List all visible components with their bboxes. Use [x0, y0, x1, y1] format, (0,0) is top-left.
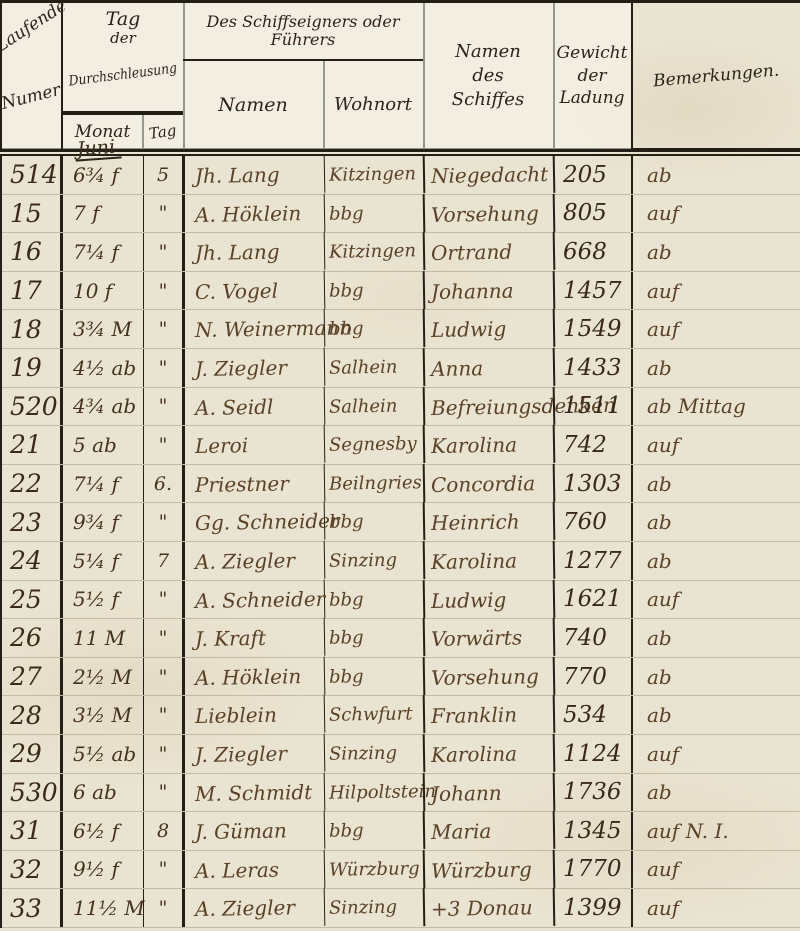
cell-monat-value: 5½ ab — [73, 742, 136, 766]
cell-monat-value: 3½ M — [73, 703, 132, 727]
cell-monat-value: 6 ab — [73, 780, 117, 804]
ledger-row: 514 Juni 6¾ f 5 Jh. Lang Kitzingen Niege… — [2, 156, 800, 195]
cell-gewicht: 534 — [555, 696, 633, 734]
cell-monat: 5 ab — [63, 426, 144, 464]
cell-monat-value: 4¾ ab — [73, 394, 136, 418]
cell-monat-value: 4½ ab — [73, 356, 136, 380]
cell-wohnort: Würzburg — [325, 850, 426, 889]
cell-bemerkung: ab — [633, 696, 800, 734]
cell-laufende-nummer: 15 — [2, 195, 63, 233]
cell-schiffsname: Niegedacht — [425, 155, 556, 195]
cell-laufende-nummer: 19 — [2, 349, 63, 387]
cell-wohnort: bbg — [325, 657, 426, 696]
cell-monat-value: 5 ab — [73, 433, 117, 457]
cell-monat: 11½ M — [63, 889, 144, 927]
cell-monat: 7 f — [63, 195, 144, 233]
cell-laufende-nummer: 17 — [2, 272, 63, 310]
cell-schiffer-name: Jh. Lang — [185, 155, 326, 195]
cell-schiffer-name: Lieblein — [185, 695, 326, 735]
header-schiffsname: Namen des Schiffes — [423, 3, 555, 149]
cell-schiffer-name: J. Ziegler — [185, 348, 326, 388]
cell-schiffsname: Vorsehung — [425, 657, 556, 697]
cell-gewicht: 1277 — [555, 542, 633, 580]
cell-schiffer-name: Gg. Schneider — [185, 502, 326, 542]
cell-monat: 6½ f — [63, 812, 144, 850]
cell-monat: 11 M — [63, 619, 144, 657]
header-schiff-line3: Schiffes — [452, 90, 524, 110]
cell-tag: 5 — [144, 156, 185, 194]
cell-tag: " — [144, 310, 185, 348]
cell-bemerkung: auf N. I. — [633, 812, 800, 850]
cell-wohnort: bbg — [325, 580, 426, 619]
header-gewicht-line1: Gewicht — [557, 44, 628, 63]
cell-gewicht: 1511 — [555, 388, 633, 426]
cell-laufende-nummer: 520 — [2, 388, 63, 426]
cell-wohnort: bbg — [325, 310, 426, 349]
cell-schiffsname: Ludwig — [425, 579, 556, 619]
cell-schiffer-name: J. Kraft — [185, 618, 326, 658]
cell-gewicht: 1457 — [555, 272, 633, 310]
header-der-label: der — [110, 30, 136, 47]
cell-monat: 5½ ab — [63, 735, 144, 773]
cell-bemerkung: ab — [633, 503, 800, 541]
header-namen-label: Namen — [218, 95, 287, 116]
cell-schiffer-name: Jh. Lang — [185, 232, 326, 272]
cell-schiffer-name: A. Höklein — [185, 656, 326, 696]
cell-wohnort: Kitzingen — [325, 155, 426, 194]
cell-bemerkung: auf — [633, 851, 800, 889]
cell-bemerkung: auf — [633, 889, 800, 927]
cell-laufende-nummer: 27 — [2, 658, 63, 696]
cell-schiffsname: Maria — [425, 811, 556, 851]
header-schiff-line2: des — [472, 66, 503, 86]
cell-monat-value: 2½ M — [73, 665, 132, 689]
header-durchschleusung-label: Durchschleusung — [68, 62, 178, 91]
cell-wohnort: bbg — [325, 271, 426, 310]
cell-monat-value: 9¾ f — [73, 510, 119, 534]
cell-tag: " — [144, 619, 185, 657]
cell-wohnort: bbg — [325, 502, 426, 541]
cell-schiffsname: Würzburg — [425, 850, 556, 890]
cell-monat-value: 10 f — [73, 279, 112, 303]
cell-schiffsname: Vorwärts — [425, 618, 556, 658]
cell-tag: " — [144, 426, 185, 464]
cell-schiffer-name: N. Weinermann — [185, 309, 326, 349]
cell-gewicht: 668 — [555, 233, 633, 271]
header-tag-sub-label: Tag — [148, 122, 177, 142]
ledger-row: 15 7 f " A. Höklein bbg Vorsehung 805 au… — [2, 195, 800, 234]
cell-monat: Juni 6¾ f — [63, 156, 144, 194]
header-tag-der-durchschleusung: Tag der Durchschleusung — [63, 3, 185, 113]
cell-schiffer-name: A. Höklein — [185, 193, 326, 233]
ledger-row: 24 5¼ f 7 A. Ziegler Sinzing Karolina 12… — [2, 542, 800, 581]
cell-bemerkung: auf — [633, 581, 800, 619]
cell-gewicht: 1549 — [555, 310, 633, 348]
cell-bemerkung: ab — [633, 233, 800, 271]
cell-wohnort: bbg — [325, 194, 426, 233]
cell-monat: 9½ f — [63, 851, 144, 889]
cell-monat-value: 7¼ f — [73, 472, 119, 496]
ledger-row: 27 2½ M " A. Höklein bbg Vorsehung 770 a… — [2, 658, 800, 697]
cell-laufende-nummer: 24 — [2, 542, 63, 580]
cell-monat-value: 11½ M — [73, 896, 145, 920]
ledger-row: 21 5 ab " Leroi Segnesby Karolina 742 au… — [2, 426, 800, 465]
header-schiffseigner-line1: Des Schiffseigners oder — [206, 13, 399, 31]
header-wohnort: Wohnort — [323, 59, 425, 149]
header-laufende-label: Laufende — [0, 0, 70, 56]
cell-bemerkung: ab — [633, 619, 800, 657]
header-gewicht: Gewicht der Ladung — [553, 3, 633, 149]
cell-monat: 5¼ f — [63, 542, 144, 580]
ledger-page: Laufende Numer Tag der Durchschleusung M… — [0, 0, 800, 931]
cell-laufende-nummer: 26 — [2, 619, 63, 657]
header-bemerkungen-label: Bemerkungen. — [652, 61, 780, 91]
cell-schiffsname: Karolina — [425, 734, 556, 774]
cell-monat-value: 3¾ M — [73, 317, 132, 341]
cell-schiffer-name: A. Ziegler — [185, 888, 326, 928]
cell-monat-value: 11 M — [73, 626, 125, 650]
ledger-row: 520 4¾ ab " A. Seidl Salhein Befreiungsd… — [2, 388, 800, 427]
ledger-row: 17 10 f " C. Vogel bbg Johanna 1457 auf — [2, 272, 800, 311]
header-bemerkungen: Bemerkungen. — [631, 3, 800, 149]
cell-gewicht: 742 — [555, 426, 633, 464]
cell-tag: " — [144, 388, 185, 426]
cell-schiffsname: +3 Donau — [425, 888, 556, 928]
cell-monat: 3½ M — [63, 696, 144, 734]
cell-schiffsname: Anna — [425, 348, 556, 388]
cell-laufende-nummer: 25 — [2, 581, 63, 619]
cell-bemerkung: auf — [633, 272, 800, 310]
cell-gewicht: 1736 — [555, 774, 633, 812]
cell-monat-value: 7¼ f — [73, 240, 119, 264]
cell-laufende-nummer: 28 — [2, 696, 63, 734]
cell-bemerkung: ab — [633, 774, 800, 812]
cell-tag: " — [144, 233, 185, 271]
cell-schiffsname: Concordia — [425, 464, 556, 504]
cell-wohnort: Salhein — [325, 348, 426, 387]
table-header: Laufende Numer Tag der Durchschleusung M… — [0, 0, 800, 152]
header-laufende-nummer: Laufende Numer — [2, 3, 63, 149]
header-tag-sub: Tag — [142, 113, 185, 149]
ledger-row: 25 5½ f " A. Schneider bbg Ludwig 1621 a… — [2, 581, 800, 620]
cell-wohnort: Beilngries — [325, 464, 426, 503]
cell-gewicht: 205 — [555, 156, 633, 194]
cell-schiffer-name: M. Schmidt — [185, 772, 326, 812]
header-tag-label: Tag — [106, 9, 141, 30]
ledger-row: 16 7¼ f " Jh. Lang Kitzingen Ortrand 668… — [2, 233, 800, 272]
cell-gewicht: 805 — [555, 195, 633, 233]
header-schiffseigner: Des Schiffseigners oder Führers — [183, 3, 425, 61]
cell-monat-value: 5¼ f — [73, 549, 119, 573]
cell-schiffer-name: A. Schneider — [185, 579, 326, 619]
ledger-row: 33 11½ M " A. Ziegler Sinzing +3 Donau 1… — [2, 889, 800, 928]
cell-monat-value: 6½ f — [73, 819, 119, 843]
cell-tag: 7 — [144, 542, 185, 580]
cell-wohnort: Kitzingen — [325, 232, 426, 271]
cell-gewicht: 1399 — [555, 889, 633, 927]
header-namen: Namen — [183, 59, 325, 149]
ledger-row: 23 9¾ f " Gg. Schneider bbg Heinrich 760… — [2, 503, 800, 542]
cell-schiffer-name: J. Güman — [185, 811, 326, 851]
cell-schiffsname: Ludwig — [425, 309, 556, 349]
cell-schiffsname: Franklin — [425, 695, 556, 735]
cell-schiffer-name: A. Leras — [185, 849, 326, 889]
cell-tag: " — [144, 696, 185, 734]
cell-laufende-nummer: 21 — [2, 426, 63, 464]
ledger-row: 19 4½ ab " J. Ziegler Salhein Anna 1433 … — [2, 349, 800, 388]
ledger-row: 29 5½ ab " J. Ziegler Sinzing Karolina 1… — [2, 735, 800, 774]
cell-bemerkung: auf — [633, 735, 800, 773]
cell-tag: " — [144, 195, 185, 233]
cell-laufende-nummer: 18 — [2, 310, 63, 348]
cell-gewicht: 770 — [555, 658, 633, 696]
cell-gewicht: 740 — [555, 619, 633, 657]
cell-tag: 8 — [144, 812, 185, 850]
cell-schiffsname: Befreiungsdenken — [425, 386, 556, 426]
month-annotation: Juni — [74, 137, 122, 161]
header-gewicht-line3: Ladung — [559, 89, 624, 108]
cell-tag: " — [144, 851, 185, 889]
cell-gewicht: 1124 — [555, 735, 633, 773]
ledger-row: 18 3¾ M " N. Weinermann bbg Ludwig 1549 … — [2, 310, 800, 349]
cell-bemerkung: ab — [633, 542, 800, 580]
cell-schiffer-name: A. Ziegler — [185, 541, 326, 581]
cell-gewicht: 1433 — [555, 349, 633, 387]
cell-laufende-nummer: 29 — [2, 735, 63, 773]
cell-monat: 2½ M — [63, 658, 144, 696]
cell-bemerkung: ab — [633, 658, 800, 696]
ledger-row: 530 6 ab " M. Schmidt Hilpoltstein Johan… — [2, 774, 800, 813]
cell-monat: 4¾ ab — [63, 388, 144, 426]
cell-laufende-nummer: 31 — [2, 812, 63, 850]
cell-wohnort: Schwfurt — [325, 695, 426, 734]
cell-monat: 6 ab — [63, 774, 144, 812]
cell-schiffsname: Heinrich — [425, 502, 556, 542]
cell-schiffer-name: C. Vogel — [185, 271, 326, 311]
cell-bemerkung: ab — [633, 349, 800, 387]
header-schiff-line1: Namen — [455, 42, 521, 62]
cell-monat: 4½ ab — [63, 349, 144, 387]
cell-tag: " — [144, 889, 185, 927]
cell-laufende-nummer: 33 — [2, 889, 63, 927]
cell-schiffer-name: Priestner — [185, 464, 326, 504]
cell-monat: 10 f — [63, 272, 144, 310]
cell-schiffsname: Karolina — [425, 425, 556, 465]
cell-gewicht: 1345 — [555, 812, 633, 850]
cell-wohnort: Sinzing — [325, 734, 426, 773]
ledger-row: 26 11 M " J. Kraft bbg Vorwärts 740 ab — [2, 619, 800, 658]
table-body: 514 Juni 6¾ f 5 Jh. Lang Kitzingen Niege… — [0, 154, 800, 928]
cell-monat: 7¼ f — [63, 233, 144, 271]
cell-monat-value: 6¾ f — [73, 163, 119, 187]
header-wohnort-label: Wohnort — [334, 95, 412, 115]
cell-laufende-nummer: 16 — [2, 233, 63, 271]
cell-tag: " — [144, 272, 185, 310]
ledger-row: 28 3½ M " Lieblein Schwfurt Franklin 534… — [2, 696, 800, 735]
cell-gewicht: 760 — [555, 503, 633, 541]
cell-tag: " — [144, 581, 185, 619]
cell-monat-value: 5½ f — [73, 587, 119, 611]
cell-wohnort: Segnesby — [325, 425, 426, 464]
cell-tag: " — [144, 774, 185, 812]
cell-tag: " — [144, 735, 185, 773]
cell-wohnort: Sinzing — [325, 541, 426, 580]
cell-bemerkung: ab — [633, 465, 800, 503]
ledger-row: 31 6½ f 8 J. Güman bbg Maria 1345 auf N.… — [2, 812, 800, 851]
cell-schiffer-name: J. Ziegler — [185, 734, 326, 774]
cell-wohnort: bbg — [325, 618, 426, 657]
header-schiffseigner-line2: Führers — [271, 31, 336, 49]
cell-laufende-nummer: 514 — [2, 156, 63, 194]
cell-wohnort: Hilpoltstein — [325, 773, 426, 812]
cell-monat: 3¾ M — [63, 310, 144, 348]
cell-laufende-nummer: 32 — [2, 851, 63, 889]
cell-tag: " — [144, 503, 185, 541]
cell-tag: 6. — [144, 465, 185, 503]
cell-laufende-nummer: 530 — [2, 774, 63, 812]
cell-bemerkung: ab Mittag — [633, 388, 800, 426]
cell-monat-value: 7 f — [73, 201, 99, 225]
cell-wohnort: bbg — [325, 811, 426, 850]
ledger-row: 32 9½ f " A. Leras Würzburg Würzburg 177… — [2, 851, 800, 890]
cell-laufende-nummer: 23 — [2, 503, 63, 541]
header-gewicht-line2: der — [577, 67, 606, 86]
cell-monat: 7¼ f — [63, 465, 144, 503]
cell-laufende-nummer: 22 — [2, 465, 63, 503]
cell-monat: 5½ f — [63, 581, 144, 619]
cell-schiffsname: Ortrand — [425, 232, 556, 272]
cell-schiffer-name: Leroi — [185, 425, 326, 465]
ledger-row: 22 7¼ f 6. Priestner Beilngries Concordi… — [2, 465, 800, 504]
cell-schiffsname: Vorsehung — [425, 193, 556, 233]
cell-schiffsname: Johanna — [425, 271, 556, 311]
cell-schiffsname: Johann — [425, 772, 556, 812]
cell-bemerkung: auf — [633, 426, 800, 464]
cell-wohnort: Salhein — [325, 387, 426, 426]
cell-gewicht: 1303 — [555, 465, 633, 503]
cell-bemerkung: auf — [633, 195, 800, 233]
header-nummer-label: Numer — [0, 81, 63, 114]
cell-gewicht: 1621 — [555, 581, 633, 619]
cell-monat: 9¾ f — [63, 503, 144, 541]
cell-schiffer-name: A. Seidl — [185, 386, 326, 426]
cell-wohnort: Sinzing — [325, 888, 426, 927]
cell-bemerkung: ab — [633, 156, 800, 194]
cell-tag: " — [144, 658, 185, 696]
cell-schiffsname: Karolina — [425, 541, 556, 581]
cell-gewicht: 1770 — [555, 851, 633, 889]
cell-bemerkung: auf — [633, 310, 800, 348]
cell-monat-value: 9½ f — [73, 857, 119, 881]
cell-tag: " — [144, 349, 185, 387]
